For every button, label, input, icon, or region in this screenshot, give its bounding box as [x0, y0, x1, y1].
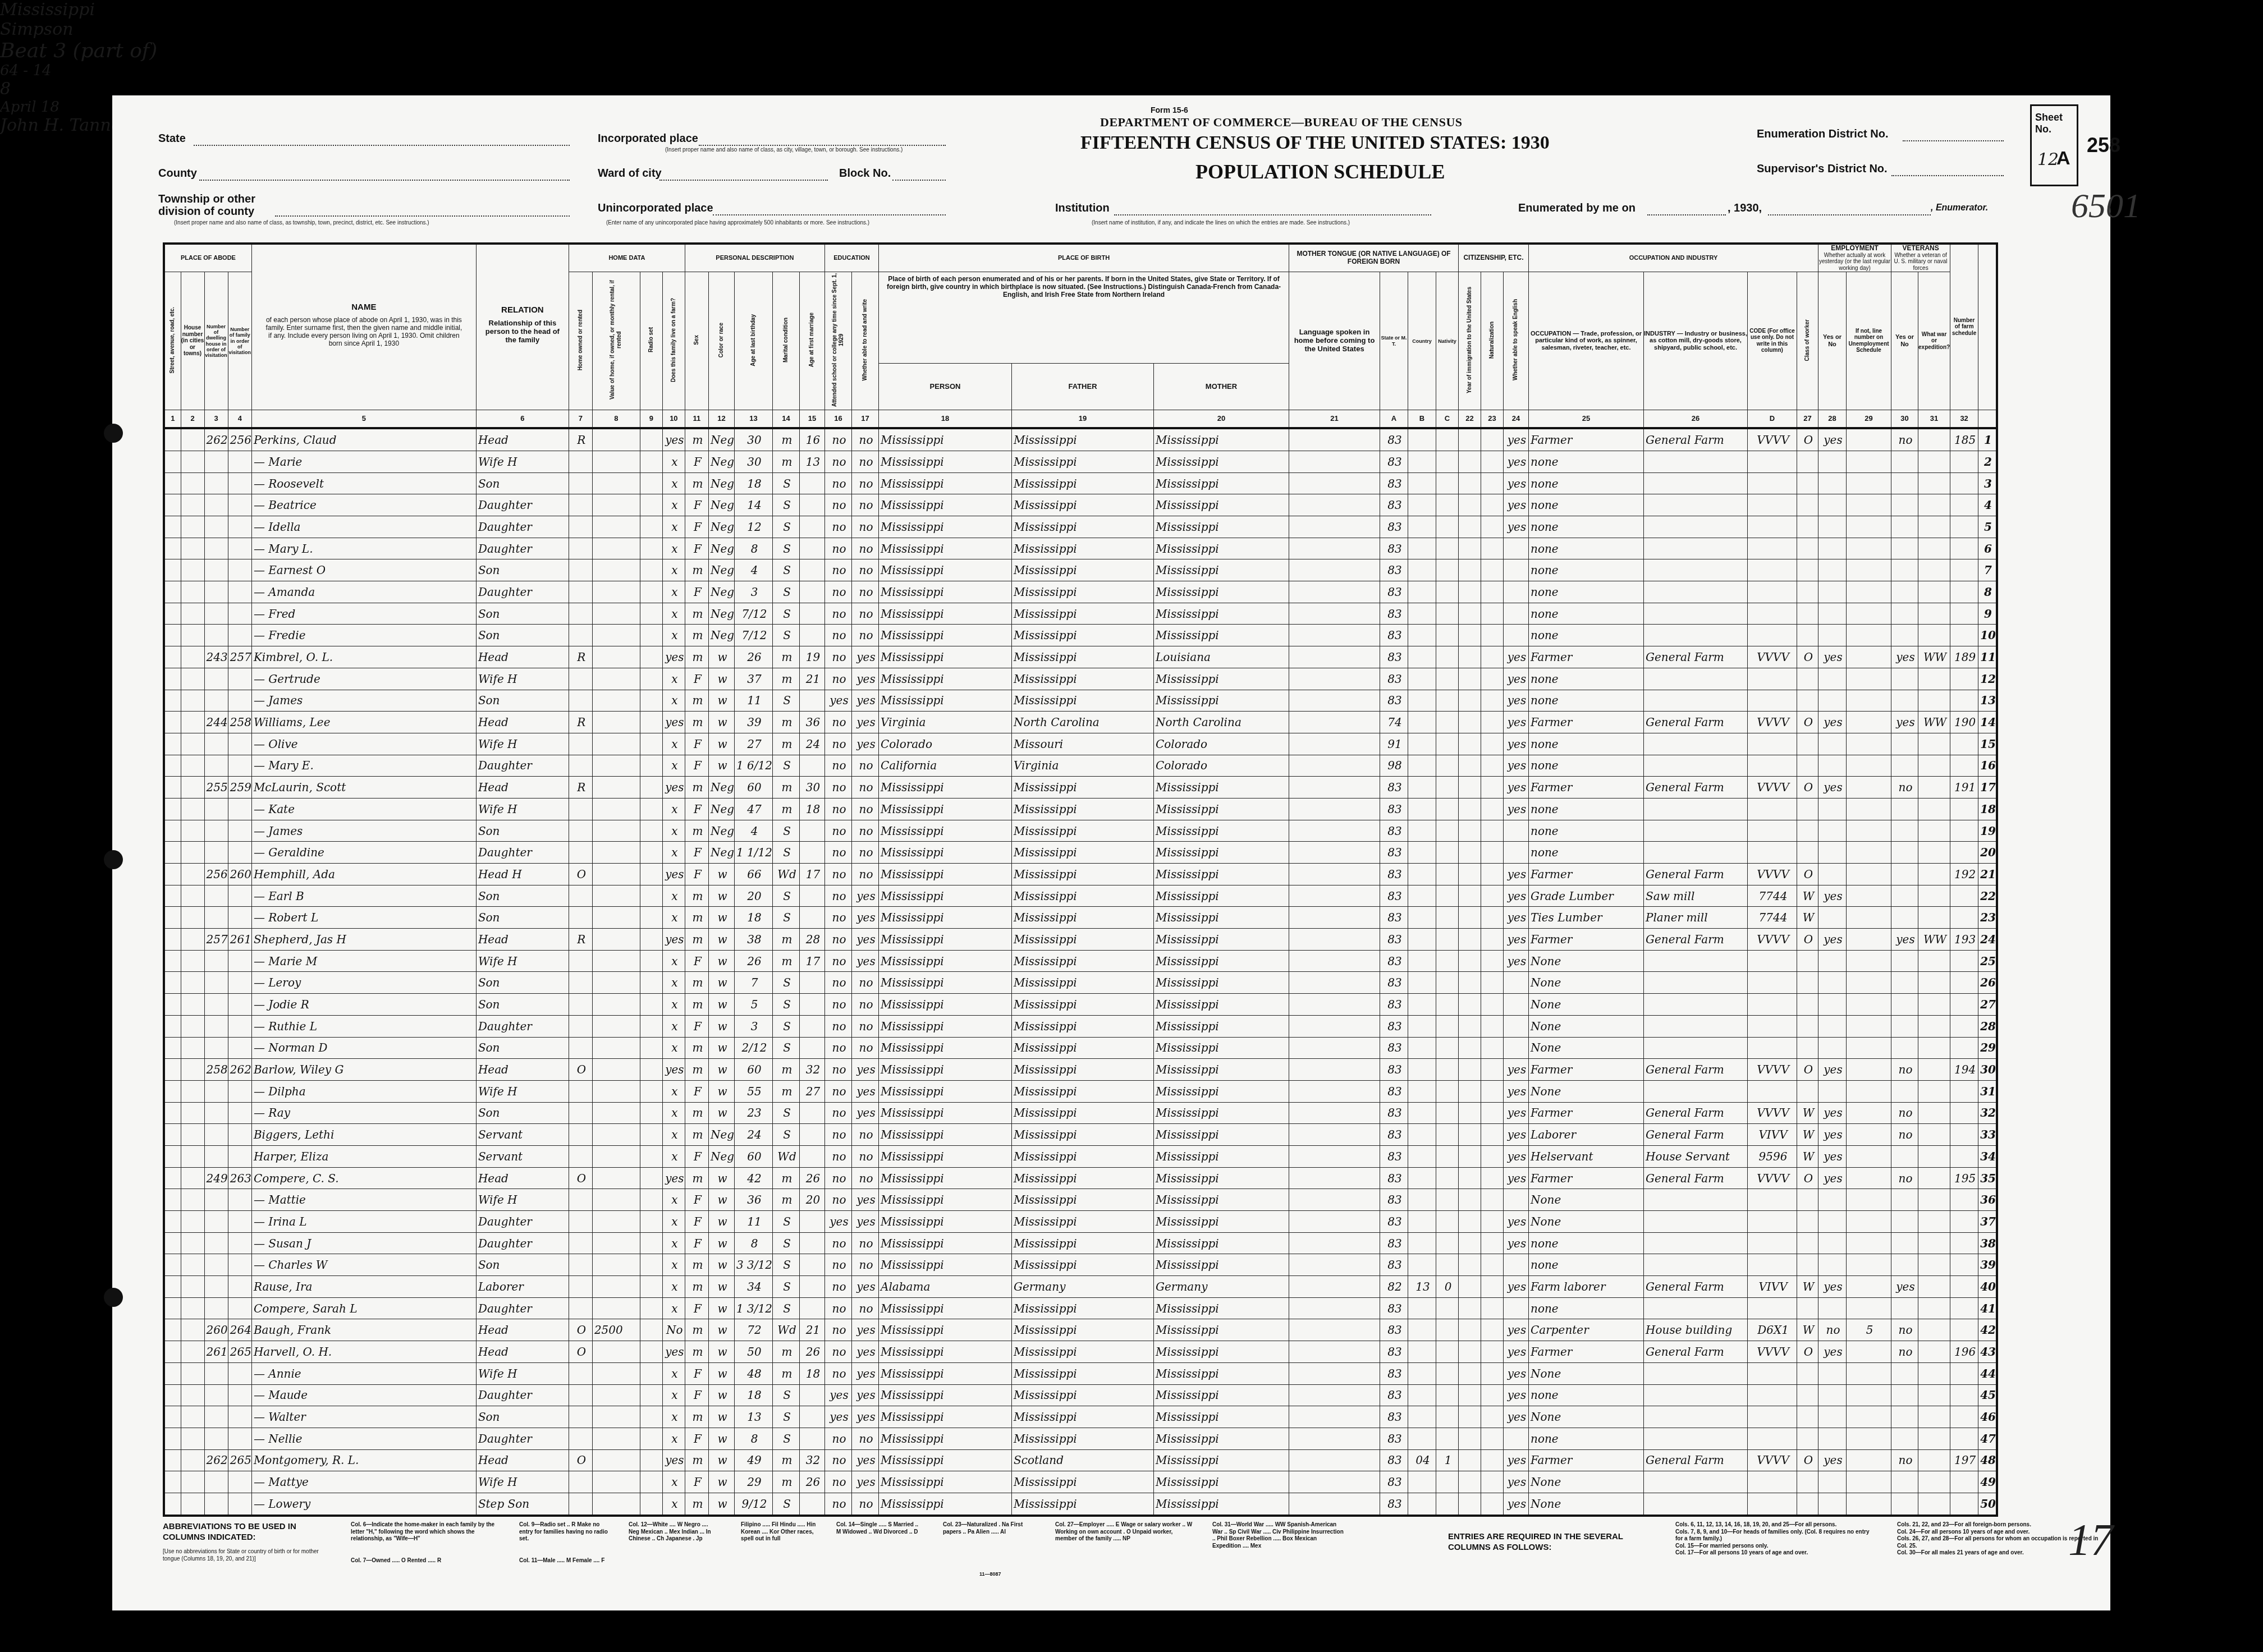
- cell-war[interactable]: [1918, 972, 1950, 994]
- cell-dwelling[interactable]: 256: [204, 864, 228, 885]
- cell-name[interactable]: Harper, Eliza: [251, 1145, 476, 1167]
- cell-at-work[interactable]: yes: [1818, 929, 1847, 951]
- cell-industry[interactable]: General Farm: [1644, 777, 1748, 799]
- cell-school[interactable]: no: [825, 625, 852, 646]
- cell-radio[interactable]: [640, 428, 662, 451]
- cell-relation[interactable]: Daughter: [476, 538, 569, 559]
- cell-nat[interactable]: [1481, 1319, 1504, 1341]
- cell-family[interactable]: [228, 559, 251, 581]
- cell-sex[interactable]: F: [685, 451, 708, 472]
- cell-vet[interactable]: [1891, 1493, 1918, 1515]
- cell-age-marr[interactable]: 26: [800, 1471, 825, 1493]
- cell-school[interactable]: no: [825, 1341, 852, 1363]
- cell-lang[interactable]: [1289, 1362, 1380, 1384]
- cell-marital[interactable]: m: [773, 1341, 800, 1363]
- cell-occupation[interactable]: None: [1529, 1080, 1644, 1102]
- cell-radio[interactable]: [640, 472, 662, 494]
- cell-worker[interactable]: [1797, 1384, 1818, 1406]
- cell-code-d[interactable]: [1748, 1254, 1797, 1276]
- cell-birth[interactable]: Mississippi: [879, 972, 1012, 994]
- cell-value[interactable]: [592, 929, 640, 951]
- cell-home[interactable]: [569, 1080, 592, 1102]
- cell-code-c[interactable]: [1436, 472, 1459, 494]
- cell-sex[interactable]: F: [685, 1080, 708, 1102]
- cell-race[interactable]: w: [708, 1428, 734, 1449]
- cell-race[interactable]: w: [708, 1362, 734, 1384]
- cell-line-blank[interactable]: [181, 994, 204, 1016]
- cell-code-b[interactable]: [1408, 733, 1436, 755]
- cell-vet[interactable]: [1891, 625, 1918, 646]
- cell-race[interactable]: w: [708, 690, 734, 712]
- cell-code-b[interactable]: [1408, 1471, 1436, 1493]
- cell-line-blank[interactable]: [181, 1102, 204, 1124]
- cell-read[interactable]: no: [852, 1124, 879, 1146]
- cell-line-blank[interactable]: [181, 972, 204, 994]
- cell-read[interactable]: yes: [852, 929, 879, 951]
- cell-occupation[interactable]: Farmer: [1529, 712, 1644, 733]
- cell-industry[interactable]: [1644, 1362, 1748, 1384]
- cell-home[interactable]: [569, 842, 592, 864]
- cell-home[interactable]: [569, 1406, 592, 1428]
- cell-lang[interactable]: [1289, 798, 1380, 820]
- cell-name[interactable]: — Fredie: [251, 625, 476, 646]
- cell-code-b[interactable]: [1408, 907, 1436, 929]
- cell-farm-sched[interactable]: [1950, 1232, 1978, 1254]
- cell-father[interactable]: Mississippi: [1011, 451, 1153, 472]
- cell-read[interactable]: no: [852, 603, 879, 625]
- cell-mother[interactable]: Louisiana: [1154, 646, 1289, 668]
- cell-read[interactable]: yes: [852, 690, 879, 712]
- cell-street[interactable]: [164, 1406, 181, 1428]
- cell-code-a[interactable]: 83: [1380, 777, 1408, 799]
- cell-code-d[interactable]: [1748, 603, 1797, 625]
- cell-family[interactable]: 259: [228, 777, 251, 799]
- cell-code-d[interactable]: [1748, 1015, 1797, 1037]
- cell-relation[interactable]: Wife H: [476, 1080, 569, 1102]
- cell-line-blank[interactable]: [181, 603, 204, 625]
- cell-vet[interactable]: [1891, 994, 1918, 1016]
- cell-code-a[interactable]: 83: [1380, 625, 1408, 646]
- cell-father[interactable]: Mississippi: [1011, 1037, 1153, 1059]
- cell-school[interactable]: no: [825, 1471, 852, 1493]
- cell-home[interactable]: [569, 1384, 592, 1406]
- cell-industry[interactable]: General Farm: [1644, 1276, 1748, 1298]
- cell-sex[interactable]: F: [685, 1145, 708, 1167]
- cell-code-a[interactable]: 74: [1380, 712, 1408, 733]
- cell-line-blank[interactable]: [181, 1362, 204, 1384]
- cell-family[interactable]: [228, 1145, 251, 1167]
- cell-worker[interactable]: O: [1797, 1167, 1818, 1189]
- cell-industry[interactable]: [1644, 1254, 1748, 1276]
- cell-at-work[interactable]: yes: [1818, 1276, 1847, 1298]
- cell-code-c[interactable]: [1436, 1384, 1459, 1406]
- cell-school[interactable]: no: [825, 1080, 852, 1102]
- cell-race[interactable]: w: [708, 864, 734, 885]
- cell-war[interactable]: [1918, 907, 1950, 929]
- cell-value[interactable]: [592, 1276, 640, 1298]
- cell-value[interactable]: [592, 1362, 640, 1384]
- cell-street[interactable]: [164, 1232, 181, 1254]
- cell-nat[interactable]: [1481, 690, 1504, 712]
- cell-at-work[interactable]: [1818, 516, 1847, 538]
- cell-radio[interactable]: [640, 1145, 662, 1167]
- cell-dwelling[interactable]: [204, 494, 228, 516]
- cell-worker[interactable]: [1797, 1428, 1818, 1449]
- cell-unemp[interactable]: [1847, 538, 1891, 559]
- cell-school[interactable]: no: [825, 820, 852, 842]
- cell-imm[interactable]: [1459, 1145, 1481, 1167]
- cell-relation[interactable]: Wife H: [476, 1189, 569, 1211]
- cell-code-a[interactable]: 83: [1380, 1059, 1408, 1081]
- cell-birth[interactable]: Mississippi: [879, 516, 1012, 538]
- cell-worker[interactable]: O: [1797, 929, 1818, 951]
- cell-at-work[interactable]: [1818, 864, 1847, 885]
- cell-street[interactable]: [164, 603, 181, 625]
- cell-school[interactable]: no: [825, 646, 852, 668]
- cell-farm[interactable]: x: [662, 516, 685, 538]
- cell-age-marr[interactable]: 27: [800, 1080, 825, 1102]
- cell-unemp[interactable]: [1847, 1059, 1891, 1081]
- cell-read[interactable]: no: [852, 798, 879, 820]
- cell-birth[interactable]: Mississippi: [879, 1124, 1012, 1146]
- cell-war[interactable]: [1918, 538, 1950, 559]
- cell-code-b[interactable]: [1408, 950, 1436, 972]
- cell-code-b[interactable]: [1408, 1211, 1436, 1233]
- cell-lang[interactable]: [1289, 625, 1380, 646]
- cell-marital[interactable]: m: [773, 1471, 800, 1493]
- cell-radio[interactable]: [640, 733, 662, 755]
- cell-industry[interactable]: [1644, 1015, 1748, 1037]
- cell-vet[interactable]: [1891, 494, 1918, 516]
- cell-age-marr[interactable]: [800, 472, 825, 494]
- cell-code-c[interactable]: [1436, 646, 1459, 668]
- cell-code-a[interactable]: 83: [1380, 494, 1408, 516]
- cell-imm[interactable]: [1459, 1297, 1481, 1319]
- cell-at-work[interactable]: [1818, 603, 1847, 625]
- cell-relation[interactable]: Son: [476, 994, 569, 1016]
- cell-family[interactable]: [228, 1015, 251, 1037]
- cell-vet[interactable]: [1891, 1471, 1918, 1493]
- cell-age-marr[interactable]: [800, 1015, 825, 1037]
- cell-vet[interactable]: no: [1891, 1059, 1918, 1081]
- cell-code-c[interactable]: [1436, 712, 1459, 733]
- cell-imm[interactable]: [1459, 516, 1481, 538]
- cell-name[interactable]: Rause, Ira: [251, 1276, 476, 1298]
- cell-war[interactable]: [1918, 1080, 1950, 1102]
- cell-name[interactable]: Perkins, Claud: [251, 428, 476, 451]
- cell-line-blank[interactable]: [181, 494, 204, 516]
- cell-age-marr[interactable]: [800, 1145, 825, 1167]
- cell-farm-sched[interactable]: [1950, 1276, 1978, 1298]
- cell-farm-sched[interactable]: 189: [1950, 646, 1978, 668]
- cell-farm[interactable]: x: [662, 820, 685, 842]
- cell-worker[interactable]: O: [1797, 712, 1818, 733]
- cell-farm[interactable]: x: [662, 733, 685, 755]
- cell-code-b[interactable]: [1408, 1341, 1436, 1363]
- cell-vet[interactable]: [1891, 1297, 1918, 1319]
- cell-industry[interactable]: [1644, 538, 1748, 559]
- cell-industry[interactable]: House building: [1644, 1319, 1748, 1341]
- cell-dwelling[interactable]: [204, 1102, 228, 1124]
- cell-worker[interactable]: W: [1797, 907, 1818, 929]
- cell-value[interactable]: [592, 646, 640, 668]
- cell-war[interactable]: [1918, 1341, 1950, 1363]
- cell-nat[interactable]: [1481, 994, 1504, 1016]
- cell-vet[interactable]: [1891, 668, 1918, 690]
- cell-industry[interactable]: General Farm: [1644, 428, 1748, 451]
- cell-nat[interactable]: [1481, 1276, 1504, 1298]
- cell-occupation[interactable]: None: [1529, 1015, 1644, 1037]
- cell-industry[interactable]: General Farm: [1644, 1167, 1748, 1189]
- cell-read[interactable]: no: [852, 1015, 879, 1037]
- cell-worker[interactable]: W: [1797, 1276, 1818, 1298]
- cell-dwelling[interactable]: [204, 1471, 228, 1493]
- cell-code-d[interactable]: [1748, 1384, 1797, 1406]
- cell-imm[interactable]: [1459, 625, 1481, 646]
- cell-farm-sched[interactable]: 191: [1950, 777, 1978, 799]
- cell-age[interactable]: 7: [735, 972, 773, 994]
- cell-street[interactable]: [164, 1319, 181, 1341]
- cell-farm[interactable]: x: [662, 1276, 685, 1298]
- cell-imm[interactable]: [1459, 1254, 1481, 1276]
- cell-unemp[interactable]: [1847, 1145, 1891, 1167]
- cell-speak[interactable]: [1504, 972, 1529, 994]
- cell-dwelling[interactable]: 243: [204, 646, 228, 668]
- cell-farm[interactable]: x: [662, 994, 685, 1016]
- cell-value[interactable]: [592, 451, 640, 472]
- cell-home[interactable]: [569, 994, 592, 1016]
- cell-code-c[interactable]: [1436, 1471, 1459, 1493]
- cell-line-blank[interactable]: [181, 1059, 204, 1081]
- cell-code-c[interactable]: [1436, 603, 1459, 625]
- cell-school[interactable]: no: [825, 1319, 852, 1341]
- cell-home[interactable]: [569, 733, 592, 755]
- cell-worker[interactable]: O: [1797, 646, 1818, 668]
- cell-age[interactable]: 24: [735, 1124, 773, 1146]
- cell-at-work[interactable]: yes: [1818, 1145, 1847, 1167]
- cell-birth[interactable]: Mississippi: [879, 777, 1012, 799]
- cell-worker[interactable]: [1797, 1493, 1818, 1515]
- cell-code-b[interactable]: [1408, 1362, 1436, 1384]
- cell-sex[interactable]: m: [685, 1124, 708, 1146]
- cell-lang[interactable]: [1289, 451, 1380, 472]
- cell-sex[interactable]: m: [685, 472, 708, 494]
- cell-birth[interactable]: Mississippi: [879, 1167, 1012, 1189]
- cell-code-c[interactable]: [1436, 494, 1459, 516]
- cell-occupation[interactable]: None: [1529, 1493, 1644, 1515]
- cell-vet[interactable]: [1891, 885, 1918, 907]
- cell-sex[interactable]: F: [685, 494, 708, 516]
- cell-code-c[interactable]: [1436, 733, 1459, 755]
- cell-speak[interactable]: [1504, 994, 1529, 1016]
- cell-dwelling[interactable]: [204, 994, 228, 1016]
- cell-line-blank[interactable]: [181, 559, 204, 581]
- cell-code-b[interactable]: [1408, 1080, 1436, 1102]
- cell-marital[interactable]: m: [773, 1189, 800, 1211]
- cell-farm[interactable]: yes: [662, 712, 685, 733]
- cell-name[interactable]: — Fred: [251, 603, 476, 625]
- cell-nat[interactable]: [1481, 1015, 1504, 1037]
- cell-farm[interactable]: No: [662, 1319, 685, 1341]
- cell-race[interactable]: w: [708, 1276, 734, 1298]
- cell-family[interactable]: 261: [228, 929, 251, 951]
- cell-age[interactable]: 18: [735, 907, 773, 929]
- cell-birth[interactable]: Mississippi: [879, 494, 1012, 516]
- cell-read[interactable]: no: [852, 516, 879, 538]
- cell-war[interactable]: [1918, 994, 1950, 1016]
- cell-value[interactable]: [592, 1471, 640, 1493]
- cell-father[interactable]: Mississippi: [1011, 1167, 1153, 1189]
- cell-dwelling[interactable]: [204, 1428, 228, 1449]
- cell-code-d[interactable]: [1748, 690, 1797, 712]
- cell-farm[interactable]: x: [662, 1189, 685, 1211]
- cell-birth[interactable]: Mississippi: [879, 472, 1012, 494]
- cell-code-d[interactable]: [1748, 668, 1797, 690]
- cell-race[interactable]: Neg: [708, 428, 734, 451]
- cell-vet[interactable]: [1891, 755, 1918, 777]
- cell-farm-sched[interactable]: [1950, 1362, 1978, 1384]
- cell-industry[interactable]: General Farm: [1644, 1449, 1748, 1471]
- cell-code-a[interactable]: 83: [1380, 1080, 1408, 1102]
- cell-value[interactable]: [592, 1059, 640, 1081]
- cell-worker[interactable]: [1797, 820, 1818, 842]
- cell-marital[interactable]: S: [773, 994, 800, 1016]
- cell-name[interactable]: — Beatrice: [251, 494, 476, 516]
- cell-mother[interactable]: Mississippi: [1154, 1384, 1289, 1406]
- cell-street[interactable]: [164, 1384, 181, 1406]
- cell-code-d[interactable]: 7744: [1748, 885, 1797, 907]
- cell-radio[interactable]: [640, 1319, 662, 1341]
- cell-at-work[interactable]: [1818, 755, 1847, 777]
- cell-vet[interactable]: [1891, 690, 1918, 712]
- cell-code-c[interactable]: [1436, 777, 1459, 799]
- cell-home[interactable]: O: [569, 1449, 592, 1471]
- cell-at-work[interactable]: [1818, 1189, 1847, 1211]
- cell-race[interactable]: w: [708, 1493, 734, 1515]
- cell-marital[interactable]: S: [773, 1037, 800, 1059]
- cell-marital[interactable]: S: [773, 1124, 800, 1146]
- cell-industry[interactable]: General Farm: [1644, 712, 1748, 733]
- cell-name[interactable]: — Marie M: [251, 950, 476, 972]
- cell-marital[interactable]: S: [773, 842, 800, 864]
- cell-occupation[interactable]: none: [1529, 1428, 1644, 1449]
- cell-unemp[interactable]: 5: [1847, 1319, 1891, 1341]
- cell-line-blank[interactable]: [181, 1341, 204, 1363]
- cell-imm[interactable]: [1459, 798, 1481, 820]
- cell-age[interactable]: 30: [735, 428, 773, 451]
- cell-name[interactable]: — Idella: [251, 516, 476, 538]
- cell-at-work[interactable]: [1818, 494, 1847, 516]
- cell-unemp[interactable]: [1847, 494, 1891, 516]
- cell-age-marr[interactable]: [800, 1384, 825, 1406]
- cell-value[interactable]: [592, 559, 640, 581]
- cell-name[interactable]: — Ray: [251, 1102, 476, 1124]
- cell-home[interactable]: R: [569, 777, 592, 799]
- cell-relation[interactable]: Wife H: [476, 950, 569, 972]
- cell-mother[interactable]: Mississippi: [1154, 1211, 1289, 1233]
- cell-war[interactable]: [1918, 1406, 1950, 1428]
- cell-age[interactable]: 37: [735, 668, 773, 690]
- cell-industry[interactable]: Saw mill: [1644, 885, 1748, 907]
- cell-speak[interactable]: yes: [1504, 494, 1529, 516]
- cell-line-blank[interactable]: [181, 581, 204, 603]
- cell-radio[interactable]: [640, 1276, 662, 1298]
- cell-farm[interactable]: x: [662, 1428, 685, 1449]
- cell-mother[interactable]: Colorado: [1154, 733, 1289, 755]
- cell-code-d[interactable]: [1748, 1406, 1797, 1428]
- cell-radio[interactable]: [640, 798, 662, 820]
- cell-age[interactable]: 27: [735, 733, 773, 755]
- cell-race[interactable]: w: [708, 712, 734, 733]
- cell-code-b[interactable]: [1408, 559, 1436, 581]
- cell-farm[interactable]: x: [662, 1211, 685, 1233]
- cell-birth[interactable]: Mississippi: [879, 538, 1012, 559]
- cell-worker[interactable]: W: [1797, 1319, 1818, 1341]
- cell-war[interactable]: [1918, 798, 1950, 820]
- cell-relation[interactable]: Daughter: [476, 1384, 569, 1406]
- cell-nat[interactable]: [1481, 516, 1504, 538]
- cell-line-blank[interactable]: [181, 1384, 204, 1406]
- cell-lang[interactable]: [1289, 494, 1380, 516]
- cell-speak[interactable]: [1504, 538, 1529, 559]
- cell-street[interactable]: [164, 516, 181, 538]
- cell-age-marr[interactable]: [800, 972, 825, 994]
- cell-imm[interactable]: [1459, 842, 1481, 864]
- cell-value[interactable]: [592, 1102, 640, 1124]
- cell-lang[interactable]: [1289, 1341, 1380, 1363]
- cell-age-marr[interactable]: [800, 1428, 825, 1449]
- cell-line-blank[interactable]: [181, 428, 204, 451]
- cell-age-marr[interactable]: [800, 1493, 825, 1515]
- cell-home[interactable]: [569, 1493, 592, 1515]
- cell-birth[interactable]: Mississippi: [879, 950, 1012, 972]
- cell-speak[interactable]: [1504, 842, 1529, 864]
- cell-nat[interactable]: [1481, 1297, 1504, 1319]
- cell-name[interactable]: Baugh, Frank: [251, 1319, 476, 1341]
- cell-line-blank[interactable]: [181, 1297, 204, 1319]
- cell-farm[interactable]: x: [662, 494, 685, 516]
- cell-mother[interactable]: Mississippi: [1154, 1297, 1289, 1319]
- cell-street[interactable]: [164, 712, 181, 733]
- cell-age-marr[interactable]: 13: [800, 451, 825, 472]
- cell-mother[interactable]: Mississippi: [1154, 1493, 1289, 1515]
- cell-code-c[interactable]: [1436, 1493, 1459, 1515]
- cell-industry[interactable]: [1644, 690, 1748, 712]
- cell-mother[interactable]: Mississippi: [1154, 1471, 1289, 1493]
- cell-imm[interactable]: [1459, 1319, 1481, 1341]
- cell-speak[interactable]: yes: [1504, 1059, 1529, 1081]
- cell-mother[interactable]: Mississippi: [1154, 1341, 1289, 1363]
- cell-code-d[interactable]: [1748, 472, 1797, 494]
- cell-race[interactable]: Neg: [708, 581, 734, 603]
- cell-home[interactable]: [569, 1471, 592, 1493]
- cell-farm[interactable]: x: [662, 972, 685, 994]
- cell-vet[interactable]: [1891, 972, 1918, 994]
- cell-vet[interactable]: [1891, 907, 1918, 929]
- cell-code-c[interactable]: [1436, 690, 1459, 712]
- cell-line-blank[interactable]: [181, 798, 204, 820]
- cell-code-b[interactable]: [1408, 929, 1436, 951]
- cell-name[interactable]: — Ruthie L: [251, 1015, 476, 1037]
- cell-code-d[interactable]: [1748, 1362, 1797, 1384]
- cell-birth[interactable]: Mississippi: [879, 1428, 1012, 1449]
- cell-marital[interactable]: S: [773, 559, 800, 581]
- cell-marital[interactable]: S: [773, 472, 800, 494]
- cell-mother[interactable]: Mississippi: [1154, 538, 1289, 559]
- cell-farm[interactable]: x: [662, 1493, 685, 1515]
- cell-occupation[interactable]: None: [1529, 972, 1644, 994]
- cell-sex[interactable]: m: [685, 559, 708, 581]
